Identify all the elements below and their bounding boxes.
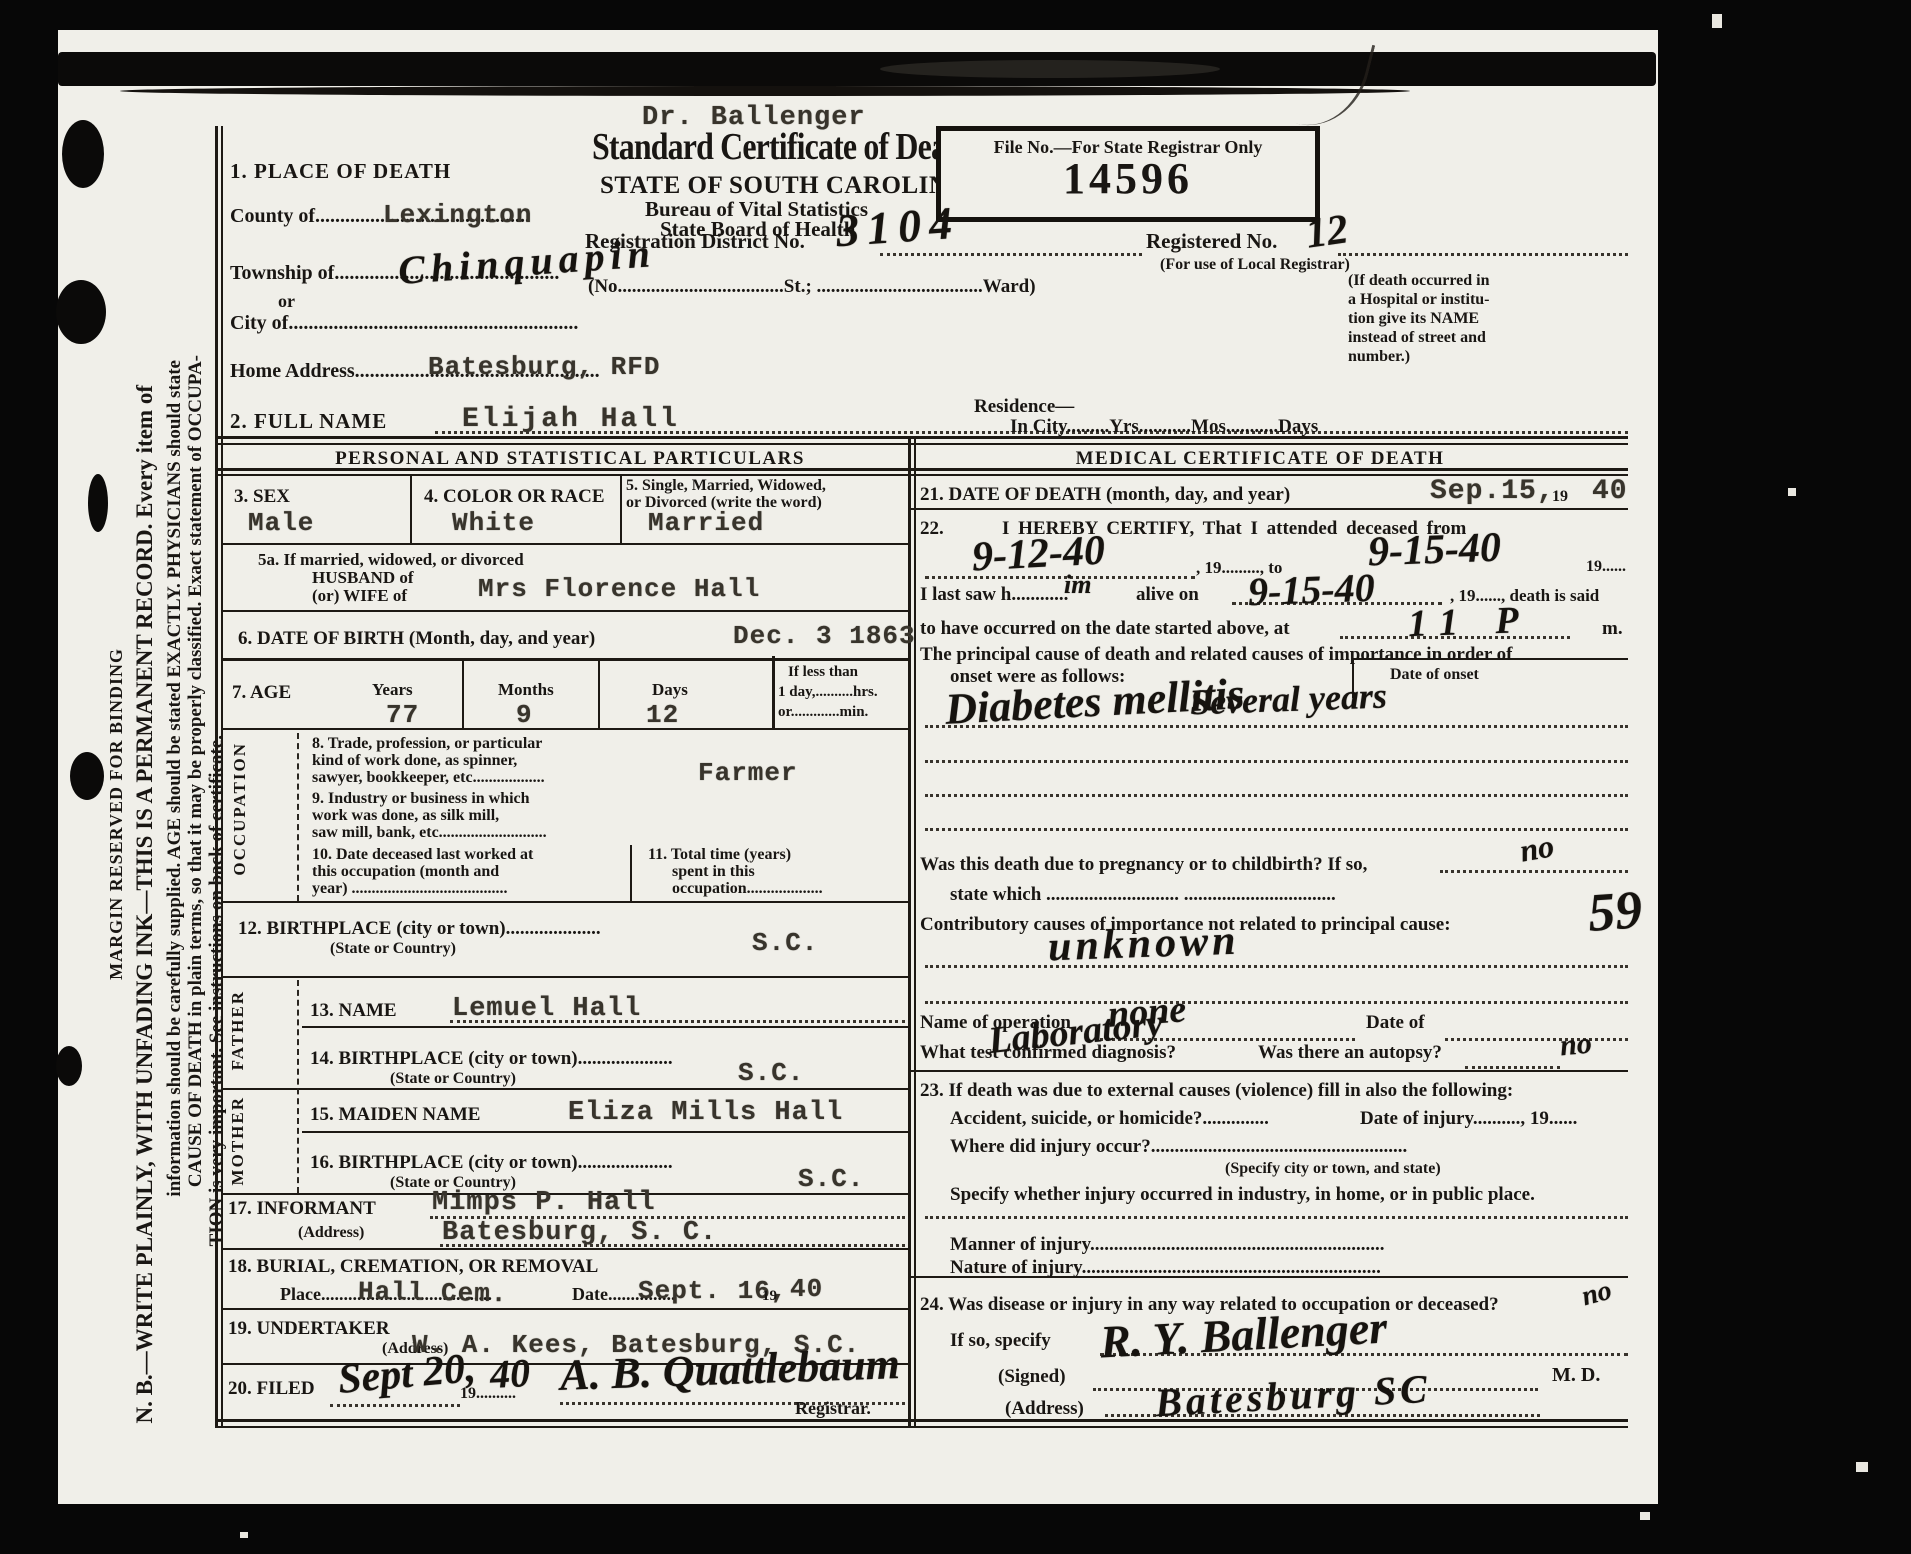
spouse-label-1: 5a. If married, widowed, or divorced xyxy=(258,550,524,569)
father-name-value: Lemuel Hall xyxy=(452,994,641,1024)
dob-label: 6. DATE OF BIRTH (Month, day, and year) xyxy=(238,628,595,649)
less-than-label-2: 1 day,..........hrs. xyxy=(778,684,878,701)
certify-end-text: 19...... xyxy=(1586,558,1626,576)
father-birthplace-sublabel: (State or Country) xyxy=(390,1070,516,1088)
city-label: City of.................................… xyxy=(230,312,578,334)
registered-no-label: Registered No. xyxy=(1146,230,1277,254)
spouse-label-2: HUSBAND of xyxy=(312,568,414,587)
margin-note-line2: information should be carefully supplied… xyxy=(164,360,186,1197)
rule xyxy=(302,1026,910,1028)
file-number-box: File No.—For State Registrar Only 14596 xyxy=(936,126,1320,222)
column-divider xyxy=(908,436,911,1428)
specify-where-label: Specify whether injury occurred in indus… xyxy=(950,1184,1535,1205)
occupation-vertical-label: OCCUPATION xyxy=(230,742,250,876)
registration-district-value: 3104 xyxy=(834,196,961,258)
registered-no-value: 12 xyxy=(1303,205,1351,258)
state-which-label: state which ............................… xyxy=(950,884,1336,905)
scan-fleck xyxy=(1640,1512,1650,1520)
informant-value: Mimps P. Hall xyxy=(432,1188,656,1218)
occupation-9-label-1: 9. Industry or business in which xyxy=(312,790,530,808)
birthplace-label: 12. BIRTHPLACE (city or town)...........… xyxy=(238,918,601,939)
scan-artifact-blob xyxy=(88,474,108,532)
autopsy-value: no xyxy=(1559,1027,1594,1064)
mother-maiden-name-label: 15. MAIDEN NAME xyxy=(310,1104,480,1125)
manner-of-injury-label: Manner of injury........................… xyxy=(950,1234,1385,1255)
occupation-8-label-3: sawyer, bookkeeper, etc.................… xyxy=(312,769,545,787)
state-name: STATE OF SOUTH CAROLINA xyxy=(600,172,966,200)
rule xyxy=(222,976,910,978)
physician-address-label: (Address) xyxy=(1005,1398,1084,1419)
principal-cause-label-1: The principal cause of death and related… xyxy=(920,644,1513,665)
certificate-title: Standard Certificate of Death xyxy=(592,126,973,169)
rule xyxy=(222,1088,910,1090)
specify-city-label: (Specify city or town, and state) xyxy=(1225,1160,1441,1178)
onset-value: Several years xyxy=(1189,675,1387,724)
undertaker-label: 19. UNDERTAKER xyxy=(228,1318,390,1339)
form-left-border-inner xyxy=(221,126,223,1428)
dotted-line xyxy=(1465,1066,1560,1069)
dotted-line xyxy=(925,1001,1628,1004)
cell-divider xyxy=(630,845,632,903)
dotted-line xyxy=(925,794,1628,797)
spouse-label-3: (or) WIFE of xyxy=(312,586,407,605)
filed-year-handwriting: 40 xyxy=(489,1349,531,1398)
last-saw-date-value: 9-15-40 xyxy=(1247,564,1375,615)
race-value: White xyxy=(452,508,535,538)
registrar-label: Registrar. xyxy=(795,1398,871,1418)
left-section-header: PERSONAL AND STATISTICAL PARTICULARS xyxy=(250,448,890,470)
attended-to-value: 9-15-40 xyxy=(1367,524,1502,577)
signed-label: (Signed) xyxy=(998,1366,1066,1387)
race-label: 4. COLOR OR RACE xyxy=(424,486,605,507)
father-name-label: 13. NAME xyxy=(310,1000,397,1021)
parents-divider xyxy=(297,980,299,1193)
occupation-10-label-1: 10. Date deceased last worked at xyxy=(312,846,533,864)
burial-place-value: Hall Cem. xyxy=(358,1277,508,1310)
scan-artifact-top-line xyxy=(120,86,1410,96)
sex-value: Male xyxy=(248,508,314,538)
rule xyxy=(222,610,910,612)
pregnancy-label: Was this death due to pregnancy or to ch… xyxy=(920,854,1367,875)
rule xyxy=(222,543,910,545)
dotted-line xyxy=(925,760,1628,763)
rule xyxy=(908,508,1628,510)
rule xyxy=(222,728,910,730)
local-registrar-note: (For use of Local Registrar) xyxy=(1160,256,1350,274)
occupation-10-label-3: year) ..................................… xyxy=(312,880,508,898)
md-label: M. D. xyxy=(1552,1364,1600,1386)
rule xyxy=(215,436,1628,439)
accident-label: Accident, suicide, or homicide?.........… xyxy=(950,1108,1269,1129)
date-of-death-label: 21. DATE OF DEATH (month, day, and year) xyxy=(920,484,1290,505)
dotted-line xyxy=(1440,870,1628,873)
home-address-value: Batesburg, RFD xyxy=(428,352,660,382)
informant-address-label: (Address) xyxy=(298,1224,364,1242)
street-ward-line: (No...................................St… xyxy=(588,276,1036,297)
scan-fleck xyxy=(1856,1462,1868,1472)
rule xyxy=(222,658,910,661)
occurred-m-label: m. xyxy=(1602,618,1623,639)
contributory-number: 59 xyxy=(1586,878,1644,944)
date-of-injury-label: Date of injury.........., 19...... xyxy=(1360,1108,1577,1129)
hospital-note: (If death occurred in a Hospital or inst… xyxy=(1348,272,1600,366)
dotted-line xyxy=(1445,1038,1628,1041)
scan-artifact-smear xyxy=(880,60,1220,78)
right-section-header: MEDICAL CERTIFICATE OF DEATH xyxy=(940,448,1580,470)
occurred-time-value: 11 P xyxy=(1407,598,1533,646)
occupation-value: Farmer xyxy=(698,758,798,788)
county-value: Lexington xyxy=(383,200,532,230)
dotted-line xyxy=(880,253,1142,256)
date-of-death-year: 40 xyxy=(1592,476,1628,507)
spouse-value: Mrs Florence Hall xyxy=(478,574,760,604)
informant-label: 17. INFORMANT xyxy=(228,1198,376,1219)
rule xyxy=(222,1308,910,1310)
date-of-death-pre19: 19 xyxy=(1552,488,1568,506)
age-label: 7. AGE xyxy=(232,682,291,703)
dotted-line xyxy=(330,1404,460,1407)
where-injury-label: Where did injury occur?.................… xyxy=(950,1136,1407,1157)
rule xyxy=(222,901,910,903)
less-than-label-3: or.............min. xyxy=(778,704,868,721)
residence-in-city-line: In City.........Yrs...........Mos.......… xyxy=(1010,416,1318,437)
rule xyxy=(222,1248,910,1250)
dotted-line xyxy=(925,965,1628,968)
scan-artifact-blob xyxy=(70,752,104,800)
occupation-8-label-1: 8. Trade, profession, or particular xyxy=(312,735,542,753)
place-of-death-heading: 1. PLACE OF DEATH xyxy=(230,160,451,184)
occurred-label: to have occurred on the date started abo… xyxy=(920,618,1290,639)
scan-artifact-blob xyxy=(56,280,106,344)
father-birthplace-label: 14. BIRTHPLACE (city or town)...........… xyxy=(310,1048,673,1069)
birthplace-sublabel: (State or Country) xyxy=(330,940,456,958)
form-bottom-border xyxy=(215,1419,1628,1422)
occupation-9-label-2: work was done, as silk mill, xyxy=(312,807,499,825)
informant-address-value: Batesburg, S. C. xyxy=(442,1218,717,1248)
age-years-header: Years xyxy=(372,680,413,699)
scan-artifact-blob xyxy=(56,1046,82,1086)
burial-date-year: 40 xyxy=(790,1274,823,1304)
last-saw-label-1: I last saw h............ xyxy=(920,584,1068,605)
column-divider-inner xyxy=(914,436,916,1428)
rule xyxy=(215,443,1628,445)
rule xyxy=(302,1131,910,1133)
cell-divider xyxy=(772,656,775,728)
occupation-11-label-2: spent in this xyxy=(672,863,755,881)
margin-note-line1: N. B.—WRITE PLAINLY, WITH UNFADING INK—T… xyxy=(132,385,158,1424)
margin-binding-note: MARGIN RESERVED FOR BINDING xyxy=(106,648,127,980)
cell-divider xyxy=(620,476,622,543)
form-bottom-border-inner xyxy=(215,1426,1628,1428)
occupation-8-label-2: kind of work done, as spinner, xyxy=(312,752,517,770)
filed-label: 20. FILED xyxy=(228,1378,315,1399)
scan-artifact-top-band xyxy=(58,52,1656,86)
date-of-death-value: Sep.15, xyxy=(1430,476,1555,507)
form-left-border xyxy=(215,126,218,1428)
last-saw-him-handwriting: im xyxy=(1064,570,1091,600)
cell-divider xyxy=(598,660,600,728)
full-name-label: 2. FULL NAME xyxy=(230,410,387,434)
mother-vertical-label: MOTHER xyxy=(228,1096,248,1185)
age-months-value: 9 xyxy=(516,700,533,730)
occupation-11-label-1: 11. Total time (years) xyxy=(648,846,791,864)
occupation-10-label-2: this occupation (month and xyxy=(312,863,499,881)
scan-artifact-blob xyxy=(62,120,104,188)
full-name-value: Elijah Hall xyxy=(462,404,680,435)
mother-maiden-name-value: Eliza Mills Hall xyxy=(568,1098,843,1128)
if-so-specify-label: If so, specify xyxy=(950,1330,1051,1351)
father-vertical-label: FATHER xyxy=(228,990,248,1070)
scanned-death-certificate: MARGIN RESERVED FOR BINDING N. B.—WRITE … xyxy=(0,0,1911,1554)
occupation-9-label-3: saw mill, bank, etc.....................… xyxy=(312,824,547,842)
dotted-line xyxy=(925,1216,1628,1219)
dob-value: Dec. 3 1863 xyxy=(733,621,916,651)
nature-of-injury-label: Nature of injury........................… xyxy=(950,1257,1381,1278)
external-causes-label: 23. If death was due to external causes … xyxy=(920,1080,1513,1101)
operation-date-label: Date of xyxy=(1366,1012,1425,1033)
rule xyxy=(215,474,1628,476)
cell-divider xyxy=(462,660,464,728)
cell-divider xyxy=(410,476,412,543)
dotted-line xyxy=(1338,253,1628,256)
residence-label: Residence— xyxy=(974,396,1074,417)
less-than-label-1: If less than xyxy=(788,664,858,681)
date-of-onset-label: Date of onset xyxy=(1390,666,1479,684)
file-number-value: 14596 xyxy=(941,157,1315,201)
marital-value: Married xyxy=(648,508,764,538)
age-years-value: 77 xyxy=(386,700,419,730)
occupation-11-label-3: occupation................... xyxy=(672,880,823,898)
last-saw-label-2: alive on xyxy=(1136,584,1199,605)
scan-fleck xyxy=(1712,14,1722,28)
age-days-value: 12 xyxy=(646,700,679,730)
burial-label: 18. BURIAL, CREMATION, OR REMOVAL xyxy=(228,1256,598,1277)
mother-birthplace-label: 16. BIRTHPLACE (city or town)...........… xyxy=(310,1152,673,1173)
scan-fleck xyxy=(240,1532,248,1538)
dotted-line xyxy=(925,828,1628,831)
father-birthplace-value: S.C. xyxy=(738,1058,804,1088)
age-months-header: Months xyxy=(498,680,554,699)
or-label: or xyxy=(278,291,295,311)
age-days-header: Days xyxy=(652,680,688,699)
mother-birthplace-value: S.C. xyxy=(798,1164,864,1194)
occupation-divider xyxy=(297,733,299,901)
pregnancy-value: no xyxy=(1517,827,1557,869)
burial-date-pre19: 19 xyxy=(762,1288,777,1305)
birthplace-value: S.C. xyxy=(752,928,818,958)
marital-label-1: 5. Single, Married, Widowed, xyxy=(626,477,826,495)
scan-fleck xyxy=(1788,488,1796,496)
autopsy-label: Was there an autopsy? xyxy=(1258,1042,1442,1063)
rule xyxy=(908,1070,1628,1072)
sex-label: 3. SEX xyxy=(234,486,290,507)
certify-number: 22. xyxy=(920,518,944,539)
contributory-value: unknown xyxy=(1047,917,1240,972)
margin-note-line3: CAUSE OF DEATH in plain terms, so that i… xyxy=(185,355,207,1187)
